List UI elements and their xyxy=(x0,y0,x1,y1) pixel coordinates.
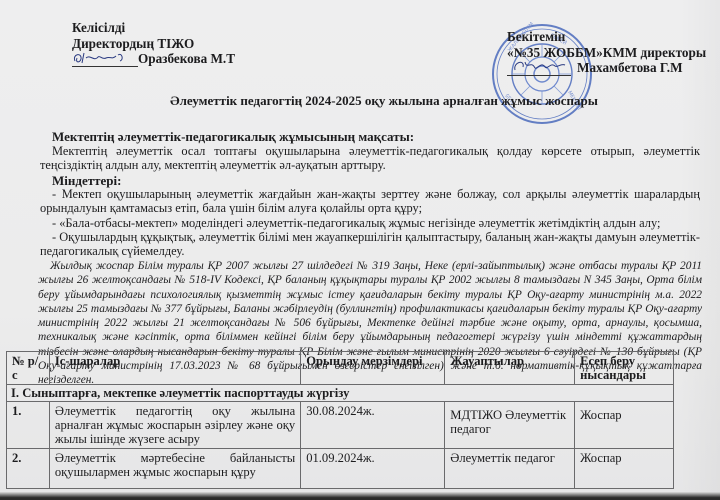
table-row: 2. Әлеуметтік мәртебесіне байланысты оқу… xyxy=(7,449,674,489)
approval-right-signatory: Махамбетова Г.М xyxy=(571,60,683,75)
row-num: 1. xyxy=(7,402,50,449)
goal-heading: Мектептің әлеуметтік-педагогикалық жұмыс… xyxy=(52,129,414,145)
document-title: Әлеуметтік педагогтің 2024-2025 оқу жылы… xyxy=(170,93,598,109)
signature-line-left xyxy=(72,53,138,67)
approval-left-signatory: Оразбекова М.Т xyxy=(138,51,235,66)
row-activity: Әлеуметтік мәртебесіне байланысты оқушыл… xyxy=(49,449,300,489)
page-shadow xyxy=(680,0,720,500)
page-bottom-edge xyxy=(0,492,720,500)
row-responsible: МДТІЖО Әлеуметтік педагог xyxy=(445,402,575,449)
task-item: - «Бала-отбасы-мектеп» моделіндегі әлеум… xyxy=(40,216,700,230)
header-num: № р/с xyxy=(7,352,50,385)
row-report-form: Жоспар xyxy=(575,449,674,489)
approval-block-right: Бекітемін «№35 ЖОББМ»КММ директоры Махам… xyxy=(507,29,706,76)
row-deadline: 01.09.2024ж. xyxy=(301,449,445,489)
task-item: - Оқушылардың құқықтық, әлеуметтік білім… xyxy=(40,230,700,259)
signature-line-right xyxy=(507,62,571,76)
approval-left-label: Келісілді xyxy=(72,20,235,36)
document-page: ЖАЛПЫ БІЛІМ СЕМЕЙ МЕКТЕП №35 Келісілді Д… xyxy=(0,0,720,500)
table-header-row: № р/с Іс-шаралар Орындау мерзімдері Жауа… xyxy=(7,352,674,385)
row-activity: Әлеуметтік педагогтің оқу жылына арналға… xyxy=(49,402,300,449)
approval-right-label: Бекітемін xyxy=(507,29,706,45)
header-report-form-line1: Есеп беру xyxy=(580,354,668,368)
signature-icon xyxy=(72,50,130,66)
row-report-form: Жоспар xyxy=(575,402,674,449)
work-plan-table: № р/с Іс-шаралар Орындау мерзімдері Жауа… xyxy=(6,351,674,489)
row-deadline: 30.08.2024ж. xyxy=(301,402,445,449)
table-row: 1. Әлеуметтік педагогтің оқу жылына арна… xyxy=(7,402,674,449)
approval-block-left: Келісілді Директордың ТІЖО Оразбекова М.… xyxy=(72,20,235,67)
header-responsible: Жауаптылар xyxy=(445,352,575,385)
task-item: - Мектеп оқушыларының әлеуметтік жағдайы… xyxy=(40,187,700,216)
header-deadline: Орындау мерзімдері xyxy=(301,352,445,385)
header-report-form: Есеп беру нысандары xyxy=(575,352,674,385)
header-report-form-line2: нысандары xyxy=(580,368,668,382)
goal-text: Мектептің әлеуметтік осал топтағы оқушыл… xyxy=(40,144,700,173)
header-report-form-text: Есеп беру xyxy=(580,354,635,368)
table-section-row: I. Сыныптарға, мектепке әлеуметтік паспо… xyxy=(7,385,674,402)
row-responsible: Әлеуметтік педагог xyxy=(445,449,575,489)
signature-icon xyxy=(511,58,569,74)
row-num: 2. xyxy=(7,449,50,489)
section-title: I. Сыныптарға, мектепке әлеуметтік паспо… xyxy=(7,385,674,402)
header-activity: Іс-шаралар xyxy=(49,352,300,385)
